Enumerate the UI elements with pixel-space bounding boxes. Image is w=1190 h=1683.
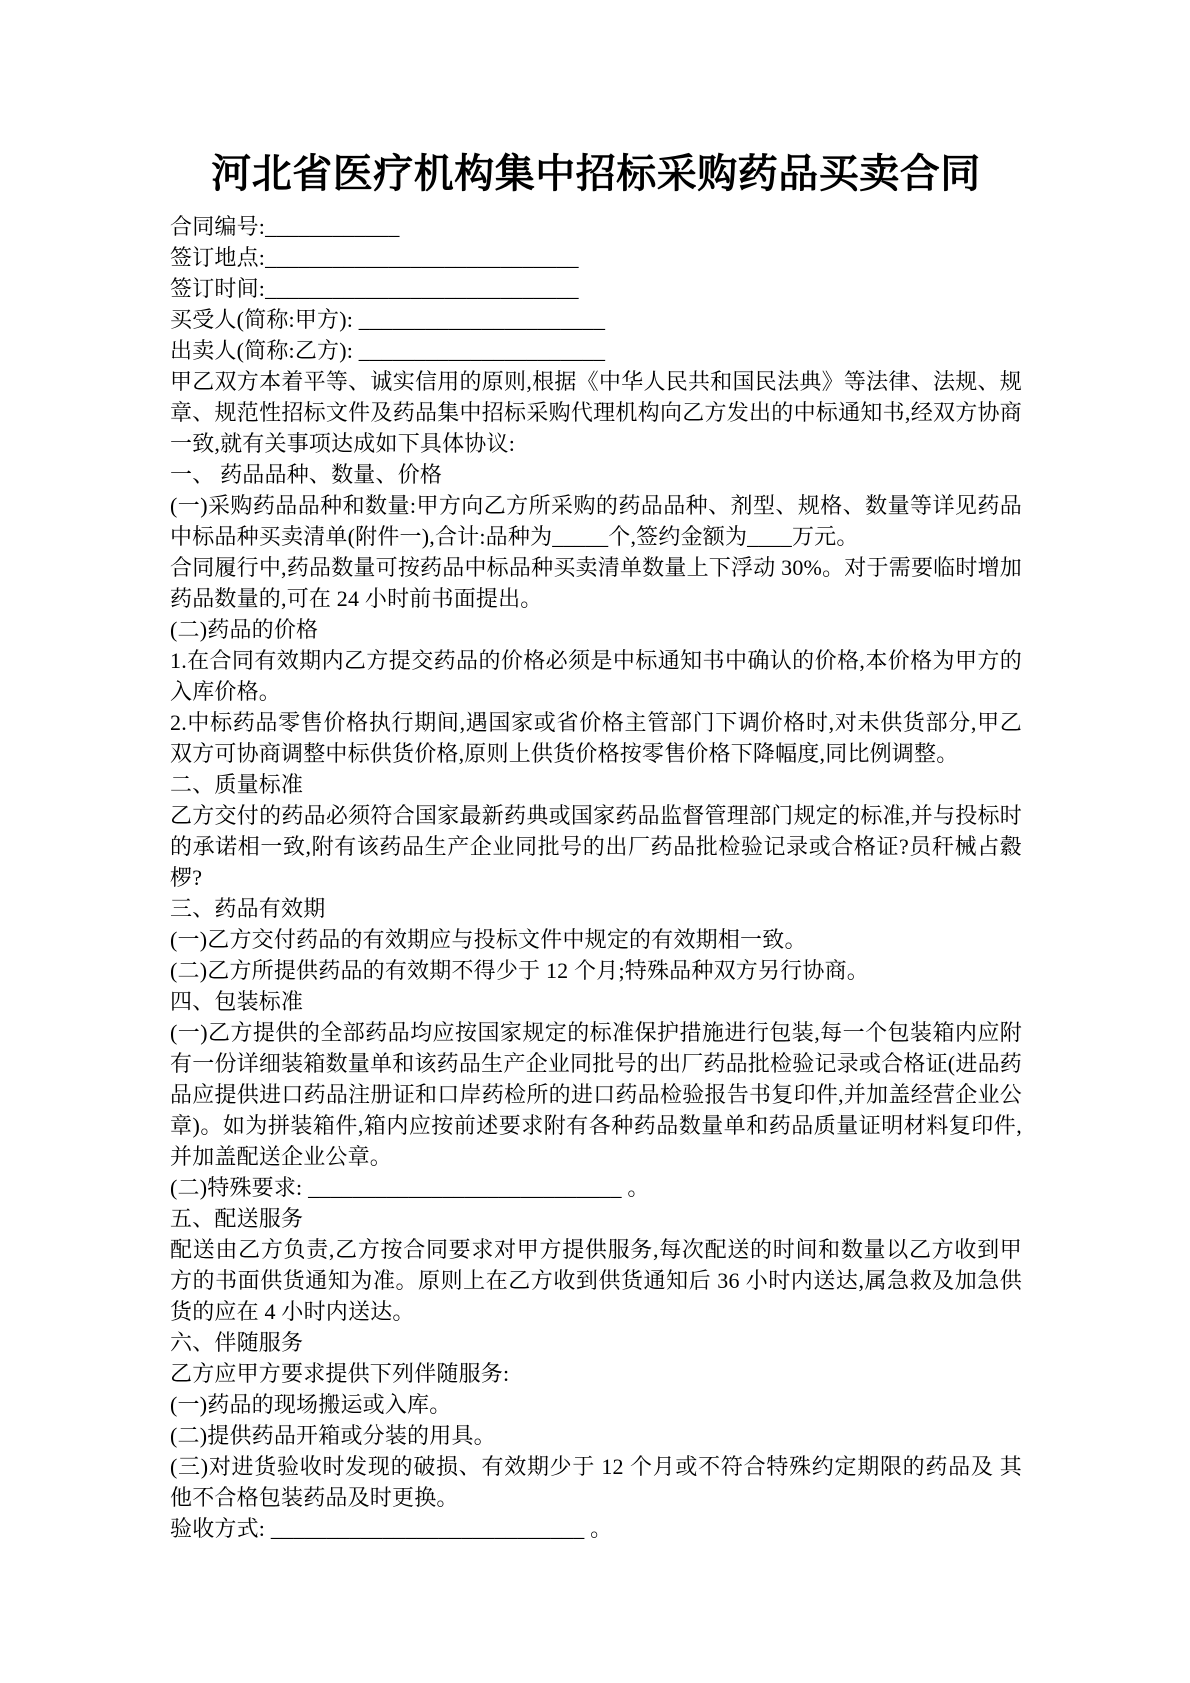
contract-page: 河北省医疗机构集中招标采购药品买卖合同 合同编号:____________ 签订… xyxy=(0,0,1190,1683)
clause-1-1: (一)采购药品品种和数量:甲方向乙方所采购的药品品种、剂型、规格、数量等详见药品… xyxy=(170,490,1022,552)
clause-5-body: 配送由乙方负责,乙方按合同要求对甲方提供服务,每次配送的时间和数量以乙方收到甲方… xyxy=(170,1234,1022,1327)
clause-3-1: (一)乙方交付药品的有效期应与投标文件中规定的有效期相一致。 xyxy=(170,924,1022,955)
field-buyer: 买受人(简称:甲方): ______________________ xyxy=(170,304,1022,335)
clause-4-2-special-requirements: (二)特殊要求: ____________________________ 。 xyxy=(170,1172,1022,1203)
section-1-heading: 一、 药品品种、数量、价格 xyxy=(170,459,1022,490)
clause-3-2: (二)乙方所提供药品的有效期不得少于 12 个月;特殊品种双方另行协商。 xyxy=(170,955,1022,986)
section-4-heading: 四、包装标准 xyxy=(170,986,1022,1017)
field-seller: 出卖人(简称:乙方): ______________________ xyxy=(170,335,1022,366)
preamble: 甲乙双方本着平等、诚实信用的原则,根据《中华人民共和国民法典》等法律、法规、规章… xyxy=(170,366,1022,459)
clause-6-2: (二)提供药品开箱或分装的用具。 xyxy=(170,1420,1022,1451)
clause-1-2-point-2: 2.中标药品零售价格执行期间,遇国家或省价格主管部门下调价格时,对未供货部分,甲… xyxy=(170,707,1022,769)
field-acceptance-method: 验收方式: ____________________________ 。 xyxy=(170,1513,1022,1544)
section-6-heading: 六、伴随服务 xyxy=(170,1327,1022,1358)
clause-1-2-heading: (二)药品的价格 xyxy=(170,614,1022,645)
field-signing-time: 签订时间:____________________________ xyxy=(170,273,1022,304)
clause-1-1-continued: 合同履行中,药品数量可按药品中标品种买卖清单数量上下浮动 30%。对于需要临时增… xyxy=(170,552,1022,614)
clause-4-1: (一)乙方提供的全部药品均应按国家规定的标准保护措施进行包装,每一个包装箱内应附… xyxy=(170,1017,1022,1172)
contract-body: 合同编号:____________ 签订地点:_________________… xyxy=(170,211,1022,1544)
clause-6-1: (一)药品的现场搬运或入库。 xyxy=(170,1389,1022,1420)
clause-2-body: 乙方交付的药品必须符合国家最新药典或国家药品监督管理部门规定的标准,并与投标时的… xyxy=(170,800,1022,893)
section-5-heading: 五、配送服务 xyxy=(170,1203,1022,1234)
clause-6-intro: 乙方应甲方要求提供下列伴随服务: xyxy=(170,1358,1022,1389)
clause-6-3: (三)对进货验收时发现的破损、有效期少于 12 个月或不符合特殊约定期限的药品及… xyxy=(170,1451,1022,1513)
clause-1-2-point-1: 1.在合同有效期内乙方提交药品的价格必须是中标通知书中确认的价格,本价格为甲方的… xyxy=(170,645,1022,707)
section-2-heading: 二、质量标准 xyxy=(170,769,1022,800)
page-title: 河北省医疗机构集中招标采购药品买卖合同 xyxy=(170,150,1022,198)
field-signing-place: 签订地点:____________________________ xyxy=(170,242,1022,273)
section-3-heading: 三、药品有效期 xyxy=(170,893,1022,924)
field-contract-number: 合同编号:____________ xyxy=(170,211,1022,242)
